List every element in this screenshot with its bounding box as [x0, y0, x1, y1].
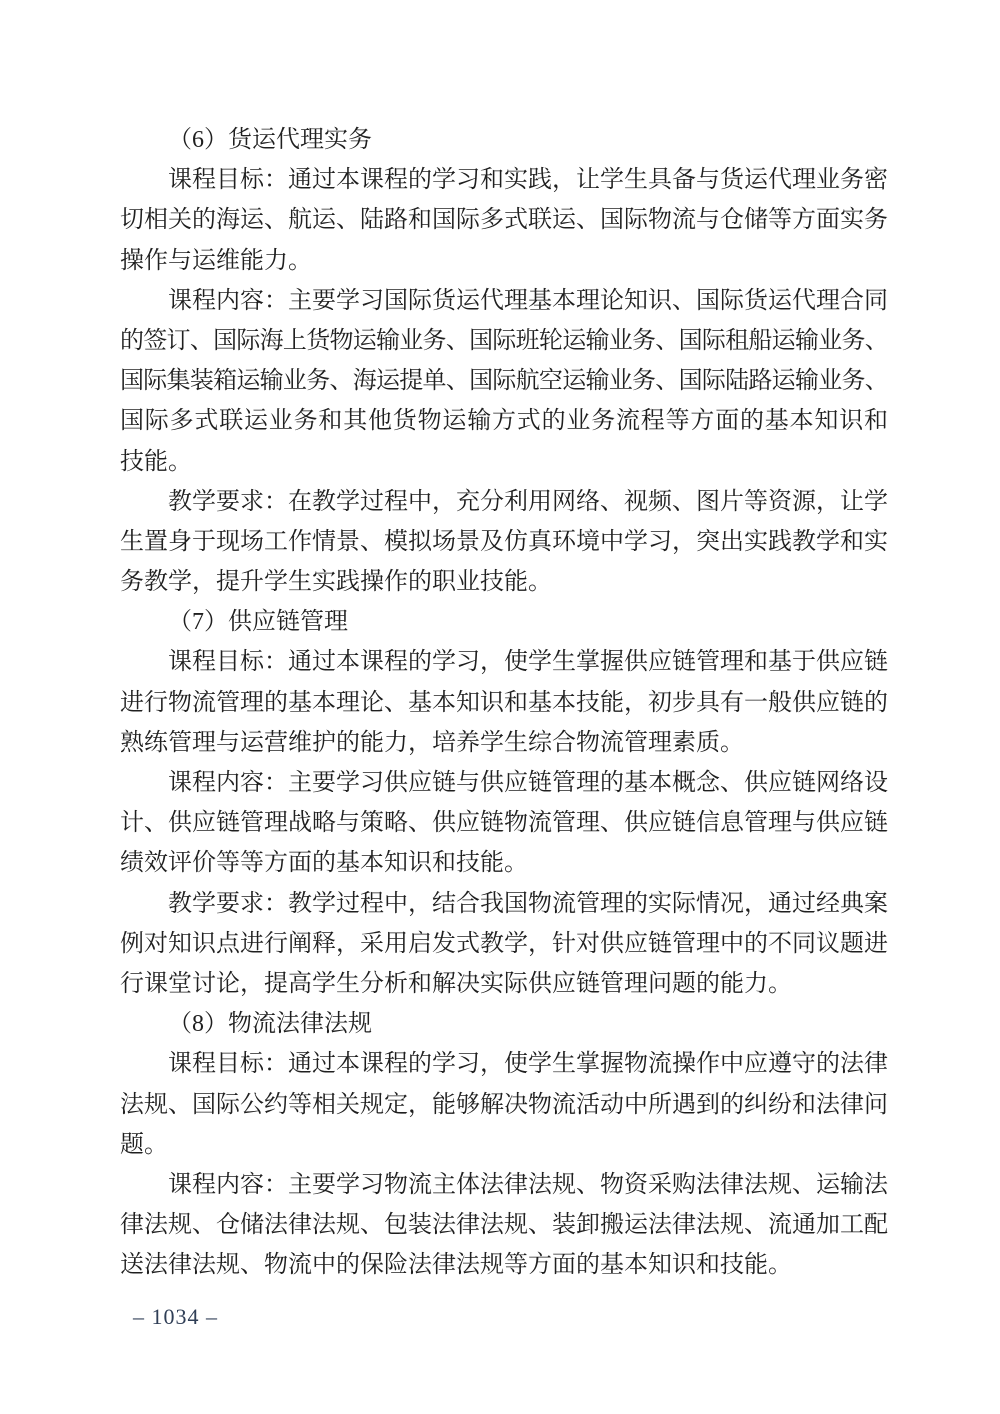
heading-line: （6）货运代理实务	[120, 120, 888, 160]
section-6-objectives: 课程目标：通过本课程的学习和实践，让学生具备与货运代理业务密切相关的海运、航运、…	[120, 160, 888, 281]
document-body: （6）货运代理实务课程目标：通过本课程的学习和实践，让学生具备与货运代理业务密切…	[120, 120, 888, 1285]
page-number: – 1034 –	[133, 1303, 218, 1331]
text-line: 计、供应链管理战略与策略、供应链物流管理、供应链信息管理与供应链	[120, 803, 888, 843]
text-line: 送法律法规、物流中的保险法律法规等方面的基本知识和技能。	[120, 1245, 888, 1285]
text-line: 进行物流管理的基本理论、基本知识和基本技能，初步具有一般供应链的	[120, 683, 888, 723]
text-line: 例对知识点进行阐释，采用启发式教学，针对供应链管理中的不同议题进	[120, 924, 888, 964]
section-8-heading: （8）物流法律法规	[120, 1004, 888, 1044]
text-line: 题。	[120, 1125, 888, 1165]
section-7-heading: （7）供应链管理	[120, 602, 888, 642]
document-page: （6）货运代理实务课程目标：通过本课程的学习和实践，让学生具备与货运代理业务密切…	[0, 0, 1000, 1414]
text-line: 课程目标：通过本课程的学习和实践，让学生具备与货运代理业务密	[120, 160, 888, 200]
section-8-content: 课程内容：主要学习物流主体法律法规、物资采购法律法规、运输法律法规、仓储法律法规…	[120, 1165, 888, 1286]
section-6-teaching-requirements: 教学要求：在教学过程中，充分利用网络、视频、图片等资源，让学生置身于现场工作情景…	[120, 482, 888, 603]
text-line: 课程目标：通过本课程的学习，使学生掌握物流操作中应遵守的法律	[120, 1044, 888, 1084]
section-7-teaching-requirements: 教学要求：教学过程中，结合我国物流管理的实际情况，通过经典案例对知识点进行阐释，…	[120, 884, 888, 1005]
text-line: 技能。	[120, 442, 888, 482]
text-line: 务教学，提升学生实践操作的职业技能。	[120, 562, 888, 602]
text-line: 熟练管理与运营维护的能力，培养学生综合物流管理素质。	[120, 723, 888, 763]
section-7-content: 课程内容：主要学习供应链与供应链管理的基本概念、供应链网络设计、供应链管理战略与…	[120, 763, 888, 884]
text-line: 绩效评价等等方面的基本知识和技能。	[120, 843, 888, 883]
text-line: 律法规、仓储法律法规、包装法律法规、装卸搬运法律法规、流通加工配	[120, 1205, 888, 1245]
text-line: 课程内容：主要学习物流主体法律法规、物资采购法律法规、运输法	[120, 1165, 888, 1205]
section-6-heading: （6）货运代理实务	[120, 120, 888, 160]
text-line: 切相关的海运、航运、陆路和国际多式联运、国际物流与仓储等方面实务	[120, 200, 888, 240]
text-line: 课程内容：主要学习供应链与供应链管理的基本概念、供应链网络设	[120, 763, 888, 803]
text-line: 生置身于现场工作情景、模拟场景及仿真环境中学习，突出实践教学和实	[120, 522, 888, 562]
heading-line: （7）供应链管理	[120, 602, 888, 642]
section-8-objectives: 课程目标：通过本课程的学习，使学生掌握物流操作中应遵守的法律法规、国际公约等相关…	[120, 1044, 888, 1165]
text-line: 的签订、国际海上货物运输业务、国际班轮运输业务、国际租船运输业务、	[120, 321, 888, 361]
text-line: 行课堂讨论，提高学生分析和解决实际供应链管理问题的能力。	[120, 964, 888, 1004]
text-line: 法规、国际公约等相关规定，能够解决物流活动中所遇到的纠纷和法律问	[120, 1085, 888, 1125]
heading-line: （8）物流法律法规	[120, 1004, 888, 1044]
text-line: 国际集装箱运输业务、海运提单、国际航空运输业务、国际陆路运输业务、	[120, 361, 888, 401]
section-7-objectives: 课程目标：通过本课程的学习，使学生掌握供应链管理和基于供应链进行物流管理的基本理…	[120, 642, 888, 763]
text-line: 教学要求：教学过程中，结合我国物流管理的实际情况，通过经典案	[120, 884, 888, 924]
text-line: 教学要求：在教学过程中，充分利用网络、视频、图片等资源，让学	[120, 482, 888, 522]
text-line: 操作与运维能力。	[120, 241, 888, 281]
section-6-content: 课程内容：主要学习国际货运代理基本理论知识、国际货运代理合同的签订、国际海上货物…	[120, 281, 888, 482]
text-line: 课程内容：主要学习国际货运代理基本理论知识、国际货运代理合同	[120, 281, 888, 321]
text-line: 国际多式联运业务和其他货物运输方式的业务流程等方面的基本知识和	[120, 401, 888, 441]
text-line: 课程目标：通过本课程的学习，使学生掌握供应链管理和基于供应链	[120, 642, 888, 682]
